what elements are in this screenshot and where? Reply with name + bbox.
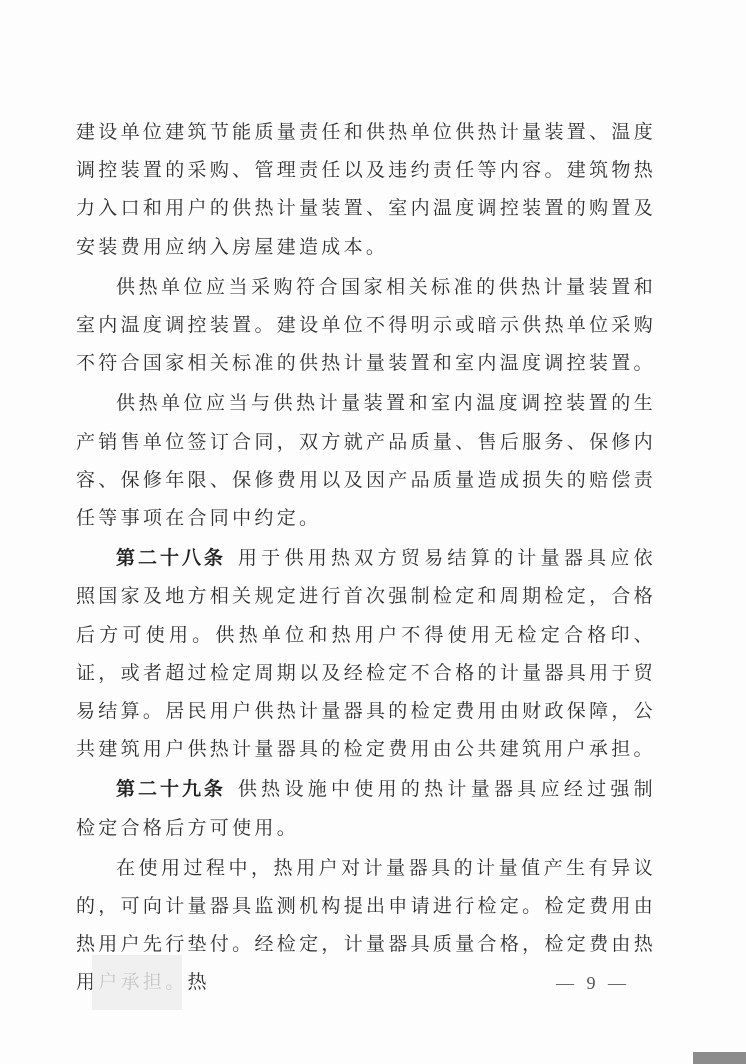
- article-28-text: 用于供用热双方贸易结算的计量器具应依照国家及地方相关规定进行首次强制检定和周期检…: [76, 547, 656, 760]
- article-28-heading: 第二十八条: [116, 547, 226, 569]
- paragraph-2: 供热单位应当采购符合国家相关标准的供热计量装置和室内温度调控装置。建设单位不得明…: [76, 268, 656, 383]
- page-number: — 9 —: [556, 973, 630, 994]
- article-29-paragraph: 第二十九条供热设施中使用的热计量器具应经过强制检定合格后方可使用。: [76, 770, 656, 846]
- corner-scan-bar: [693, 1052, 746, 1064]
- document-page: 建设单位建筑节能质量责任和供热单位供热计量装置、温度调控装置的采购、管理责任以及…: [0, 0, 746, 1064]
- article-28-paragraph: 第二十八条用于供用热双方贸易结算的计量器具应依照国家及地方相关规定进行首次强制检…: [76, 539, 656, 768]
- article-29-heading: 第二十九条: [116, 778, 226, 800]
- scan-artifact: [92, 955, 182, 1010]
- document-body: 建设单位建筑节能质量责任和供热单位供热计量装置、温度调控装置的采购、管理责任以及…: [76, 113, 656, 1002]
- paragraph-3: 供热单位应当与供热计量装置和室内温度调控装置的生产销售单位签订合同，双方就产品质…: [76, 384, 656, 537]
- paragraph-1: 建设单位建筑节能质量责任和供热单位供热计量装置、温度调控装置的采购、管理责任以及…: [76, 113, 656, 266]
